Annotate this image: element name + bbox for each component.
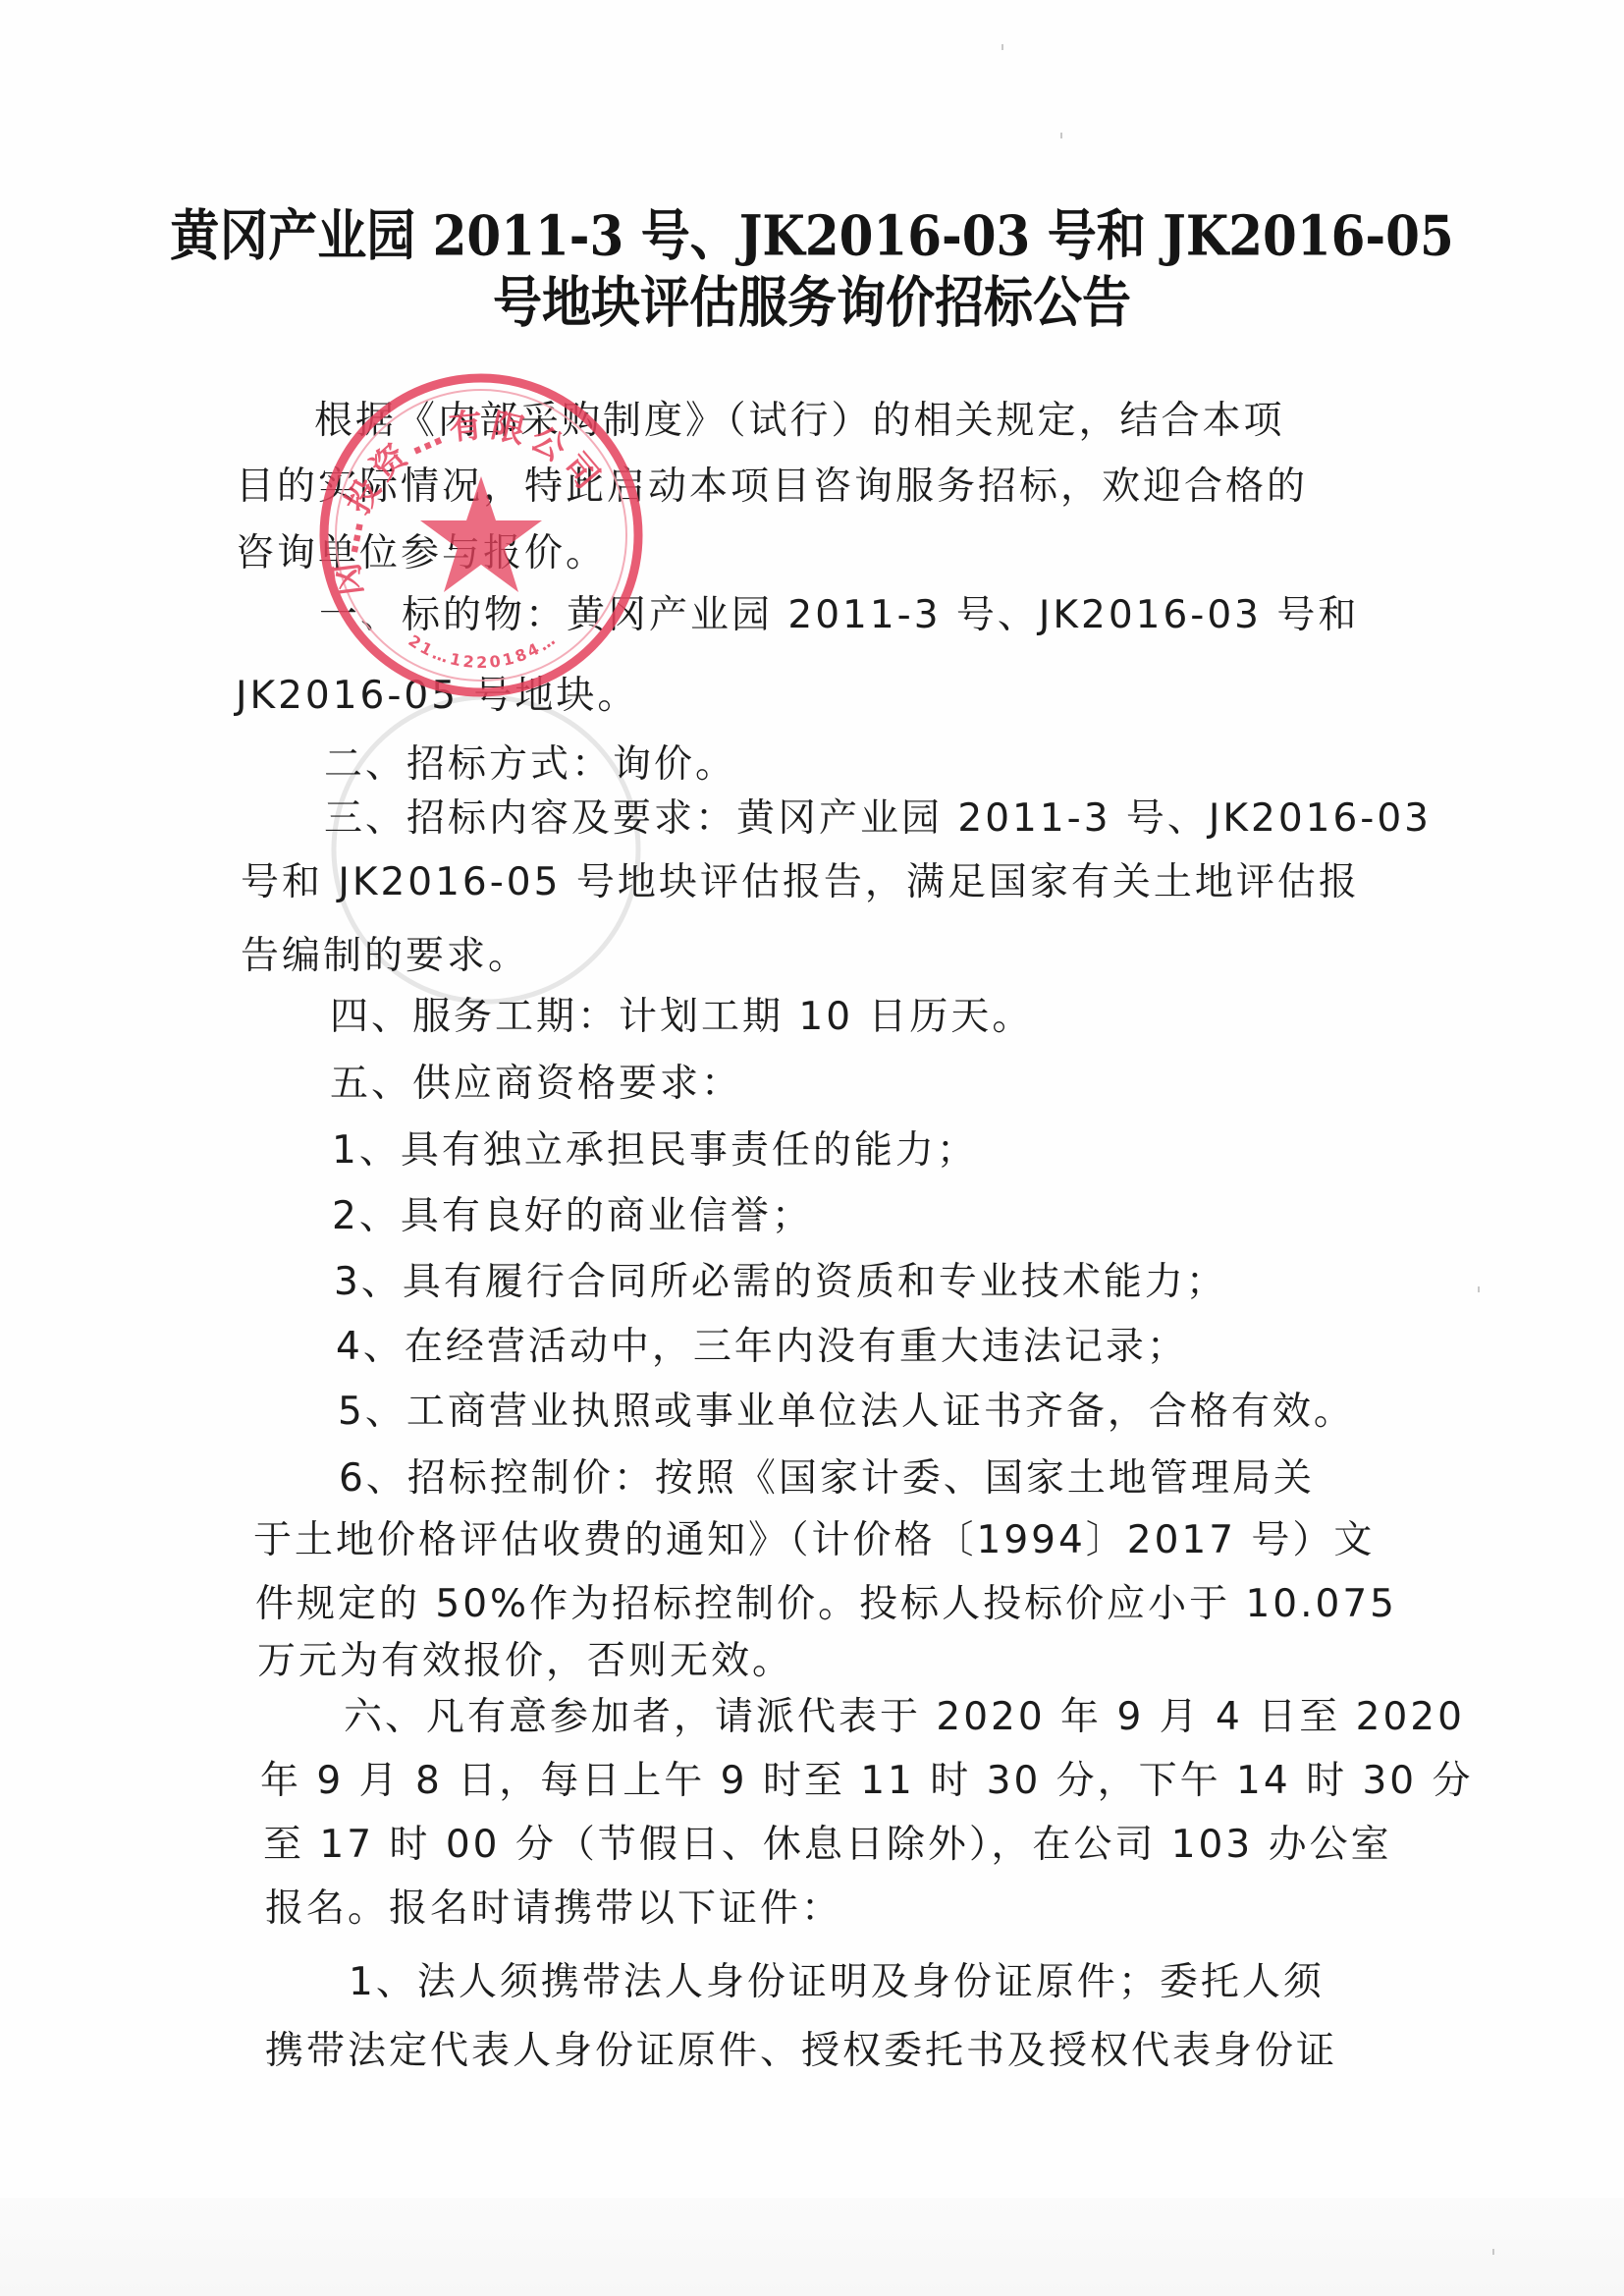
body-line: 目的实际情况，特此启动本项目咨询服务招标，欢迎合格的 <box>236 464 1308 511</box>
body-line: 携带法定代表人身份证原件、授权委托书及授权代表身份证 <box>265 2028 1337 2075</box>
body-line: 2、具有良好的商业信誉； <box>332 1193 813 1240</box>
body-line: 号和 JK2016-05 号地块评估报告，满足国家有关土地评估报 <box>241 859 1360 906</box>
body-line: 咨询单位参与报价。 <box>236 530 607 577</box>
body-line: 3、具有履行合同所必需的资质和专业技术能力； <box>334 1259 1227 1306</box>
body-line: 一、标的物：黄冈产业园 2011-3 号、JK2016-03 号和 <box>319 592 1359 639</box>
body-line: 1、法人须携带法人身份证明及身份证原件；委托人须 <box>349 1959 1325 2006</box>
body-line: 5、工商营业执照或事业单位法人证书齐备，合格有效。 <box>338 1389 1355 1436</box>
body-line: 6、招标控制价：按照《国家计委、国家土地管理局关 <box>339 1455 1315 1503</box>
body-line: 根据《内部采购制度》（试行）的相关规定，结合本项 <box>314 398 1285 445</box>
body-line: 年 9 月 8 日，每日上午 9 时至 11 时 30 分，下午 14 时 30… <box>260 1758 1474 1805</box>
body-line: 件规定的 50%作为招标控制价。投标人投标价应小于 10.075 <box>255 1581 1397 1628</box>
body-line: 4、在经营活动中，三年内没有重大违法记录； <box>336 1324 1188 1371</box>
body-line: 至 17 时 00 分（节假日、休息日除外），在公司 103 办公室 <box>263 1822 1392 1869</box>
body-line: 五、供应商资格要求： <box>330 1061 742 1108</box>
body-line: 三、招标内容及要求：黄冈产业园 2011-3 号、JK2016-03 <box>324 795 1432 843</box>
document-page: 黄冈产业园 2011-3 号、JK2016-03 号和 JK2016-05 号地… <box>0 0 1624 2296</box>
body-line: 四、服务工期：计划工期 10 日历天。 <box>330 994 1033 1041</box>
body-line: 于土地价格评估收费的通知》（计价格〔1994〕2017 号）文 <box>253 1517 1375 1564</box>
body-line: 六、凡有意参加者，请派代表于 2020 年 9 月 4 日至 2020 <box>344 1694 1465 1741</box>
body-line: 报名。报名时请携带以下证件： <box>265 1886 842 1933</box>
body-line: 1、具有独立承担民事责任的能力； <box>332 1127 978 1175</box>
body-line: JK2016-05 号地块。 <box>236 673 638 720</box>
scan-shadow <box>0 2198 1624 2296</box>
title-line-2: 号地块评估服务询价招标公告 <box>0 259 1624 339</box>
body-line: 告编制的要求。 <box>241 933 529 980</box>
body-line: 万元为有效报价，否则无效。 <box>257 1638 793 1685</box>
body-line: 二、招标方式：询价。 <box>324 741 736 789</box>
